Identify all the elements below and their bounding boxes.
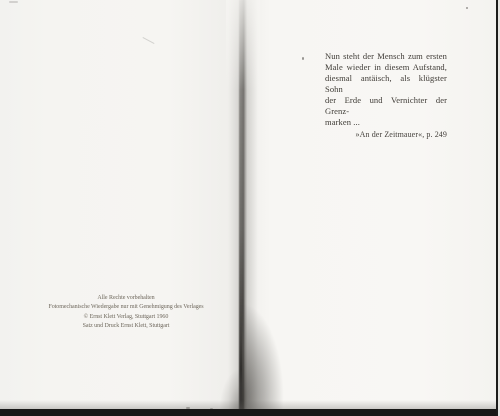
scan-edge-right — [496, 0, 499, 416]
imprint-line: Alle Rechte vorbehalten — [26, 294, 226, 303]
copyright-imprint-block: Alle Rechte vorbehalten Fotomechanische … — [26, 294, 226, 332]
gutter-top-fade — [226, 0, 260, 90]
quote-line: Nun steht der Mensch zum ersten — [325, 51, 447, 62]
imprint-line: Fotomechanische Wiedergabe nur mit Geneh… — [26, 303, 226, 312]
dust-speck — [302, 57, 304, 60]
scan-smudge — [9, 1, 18, 3]
quote-line: diesmal antäisch, als klügster Sohn — [325, 73, 447, 95]
scan-edge-bottom — [0, 409, 500, 416]
gutter-bottom-shadow-right — [242, 288, 302, 412]
imprint-line: © Ernst Klett Verlag, Stuttgart 1960 — [26, 313, 226, 322]
book-spread-scan: Nun steht der Mensch zum ersten Male wie… — [0, 0, 500, 416]
quote-line: marken ... — [325, 117, 447, 128]
epigraph-quote-block: Nun steht der Mensch zum ersten Male wie… — [325, 51, 447, 140]
page-bottom-curve-shadow — [0, 400, 500, 409]
left-page — [0, 0, 240, 416]
dust-speck — [466, 7, 468, 9]
quote-line: Male wieder in diesem Aufstand, — [325, 62, 447, 73]
imprint-line: Satz und Druck Ernst Klett, Stuttgart — [26, 322, 226, 331]
quote-line: der Erde und Vernichter der Grenz- — [325, 95, 447, 117]
quote-attribution: »An der Zeitmauer«, p. 249 — [325, 129, 447, 140]
